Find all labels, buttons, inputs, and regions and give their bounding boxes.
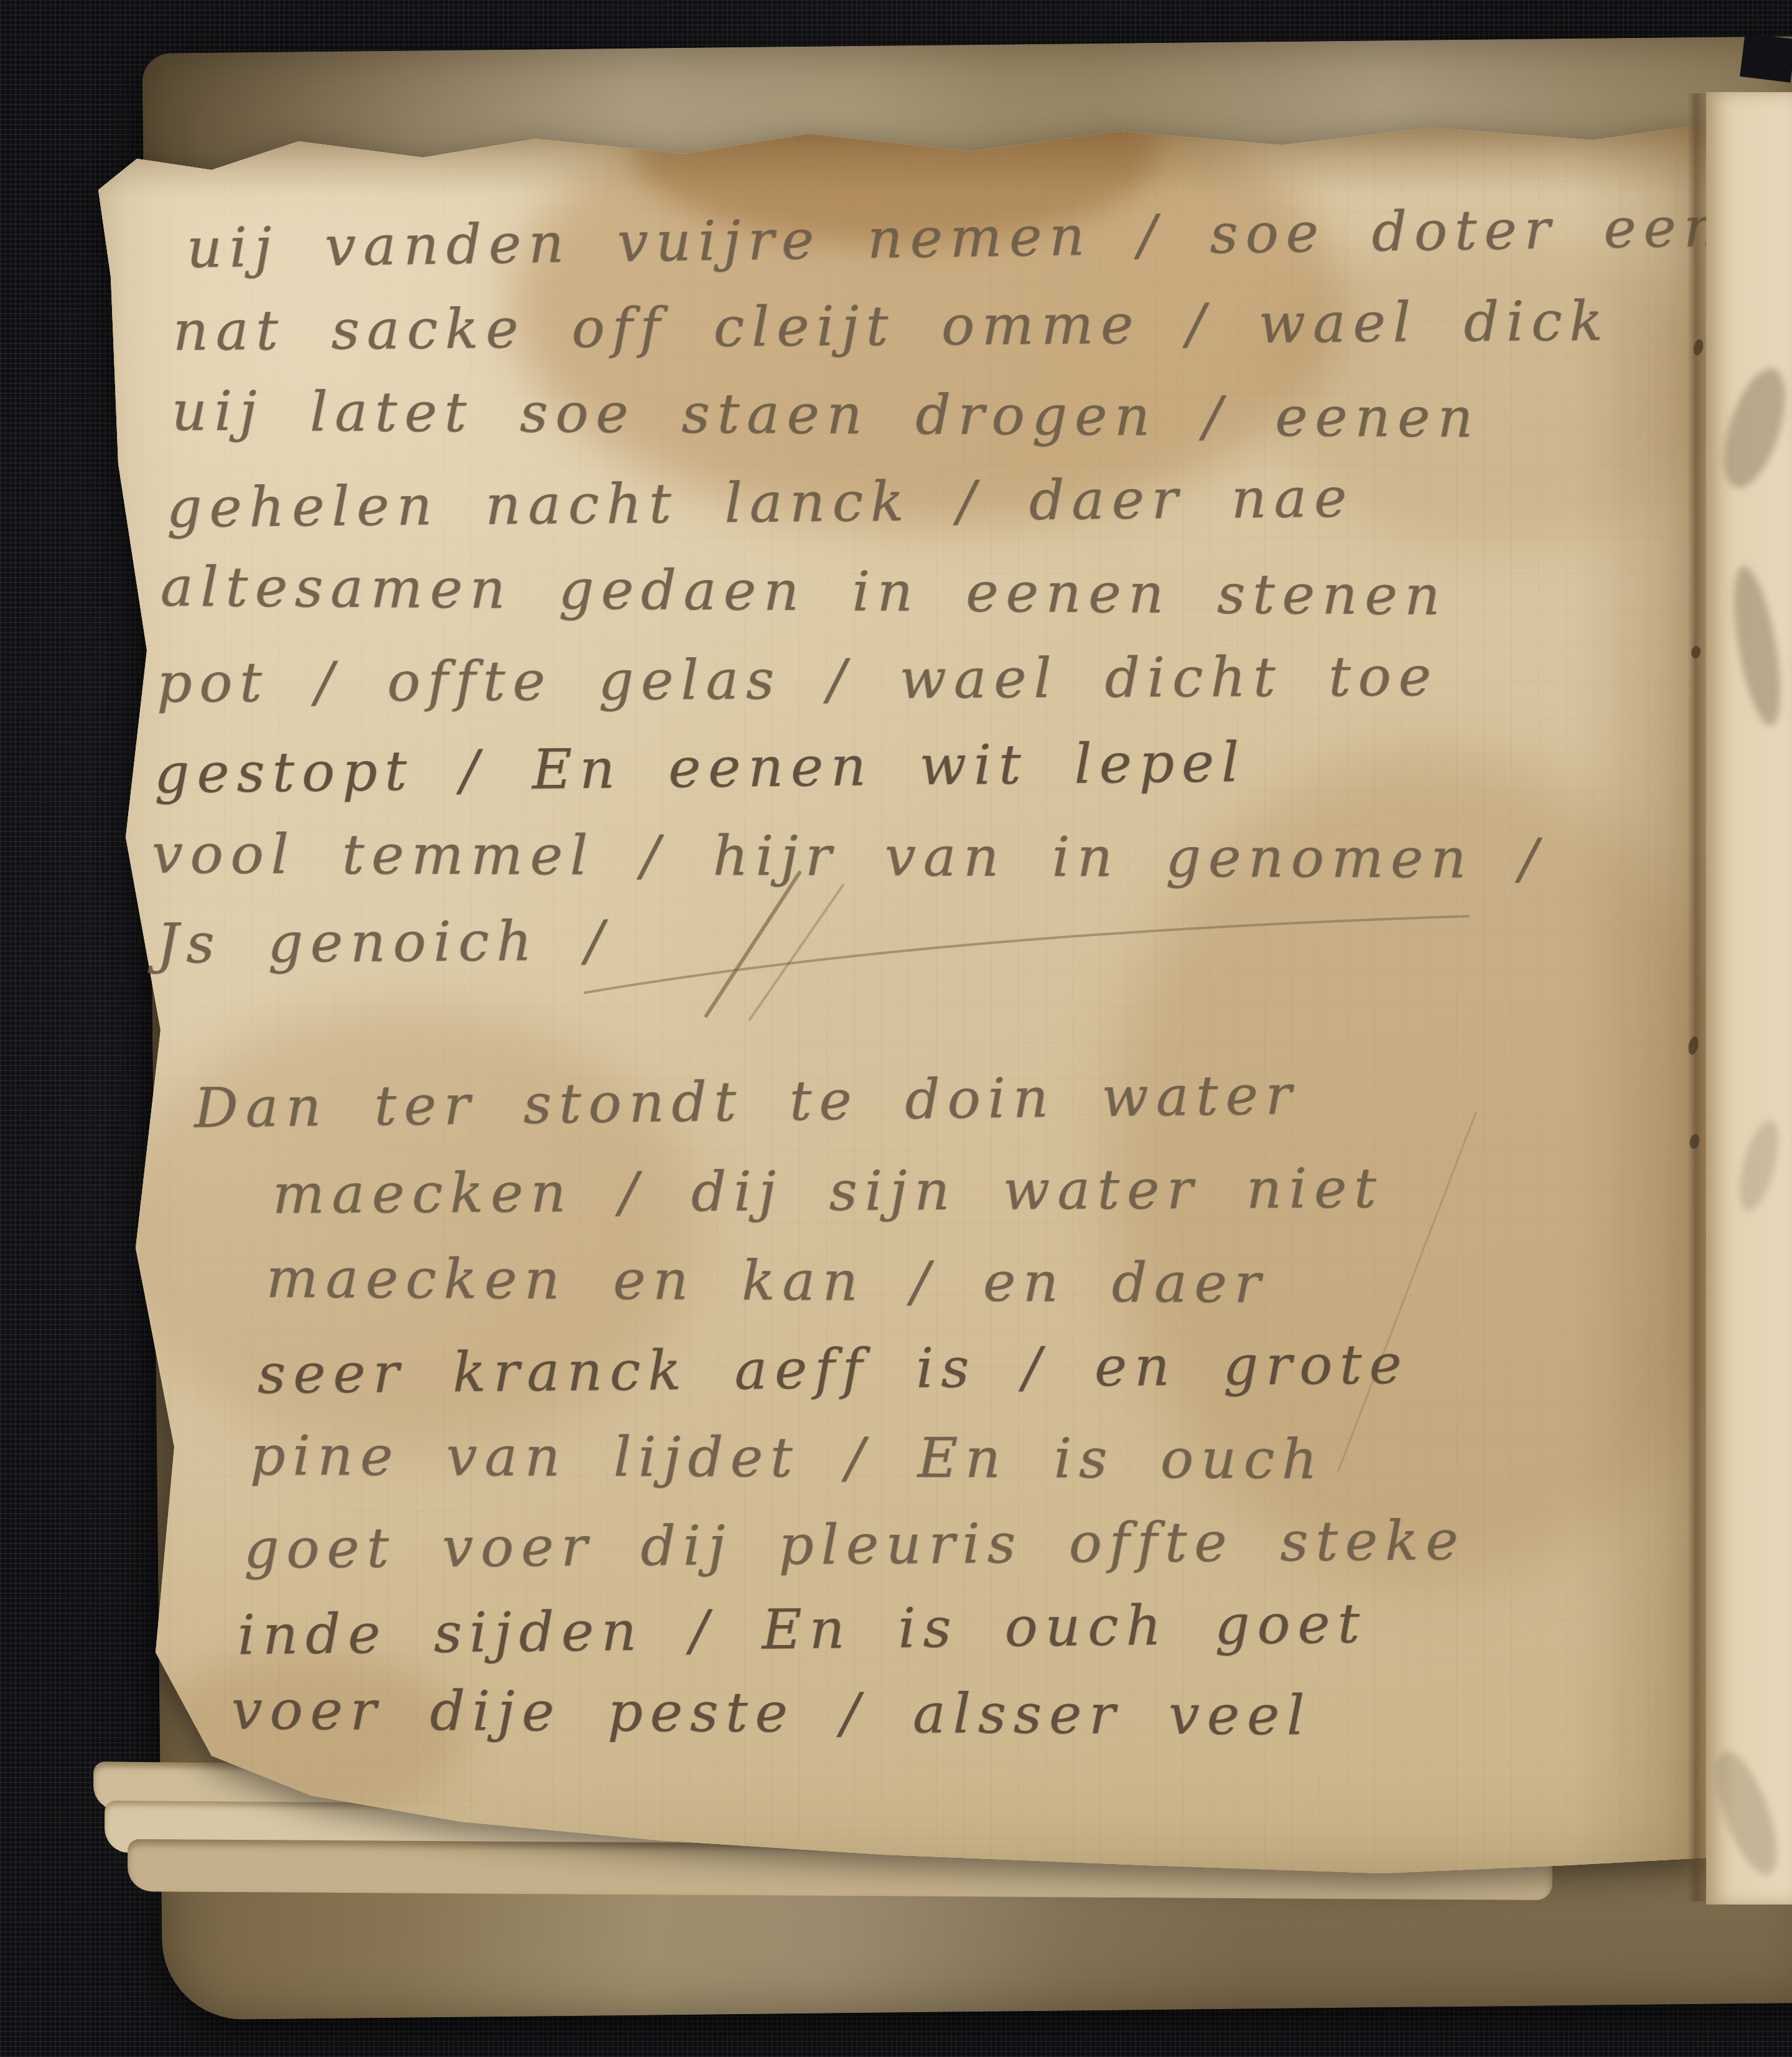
handwriting-line: maecken / dij sijn water niet (273, 1156, 1384, 1225)
ink-showthrough (1732, 1117, 1786, 1215)
handwriting-line: Js genoich / (157, 908, 612, 975)
facing-page-edge (1706, 92, 1792, 1905)
handwriting-line: uij latet soe staen drogen / eenen (172, 378, 1481, 449)
handwriting-line: maecken en kan / en daer (266, 1246, 1268, 1315)
handwriting-line: pot / offte gelas / wael dicht toe (157, 644, 1439, 715)
handwriting-line: nat sacke off cleijt omme / wael dick (173, 289, 1610, 363)
gutter-shadow (1569, 115, 1706, 1873)
handwriting-line: inde sijden / En is ouch goet (238, 1591, 1368, 1667)
handwriting-line: altesamen gedaen in eenen stenen (161, 555, 1448, 627)
manuscript-photo-scene: uij vanden vuijre nemen / soe doter een … (0, 0, 1792, 2057)
top-edge-shadow (87, 115, 1706, 196)
ink-showthrough (1712, 362, 1792, 495)
ink-showthrough (1725, 563, 1790, 729)
handwriting-line: goet voer dij pleuris offte steke (244, 1508, 1466, 1581)
ink-showthrough (1704, 1744, 1790, 1881)
binding-gutter (1687, 93, 1706, 1901)
cover-fold-notch (1740, 33, 1792, 82)
handwriting-line: pine van lijdet / En is ouch (250, 1423, 1325, 1491)
handwriting-line: voer dije peste / alsser veel (231, 1677, 1312, 1747)
pen-flourish (560, 859, 1493, 1033)
handwriting-line: gestopt / En eenen wit lepel (154, 730, 1247, 805)
handwriting-line: gehelen nacht lanck / daer nae (167, 466, 1355, 540)
handwriting-line: Dan ter stondt te doin water (194, 1062, 1299, 1140)
handwriting-line: seer kranck aeff is / en grote (258, 1332, 1409, 1406)
